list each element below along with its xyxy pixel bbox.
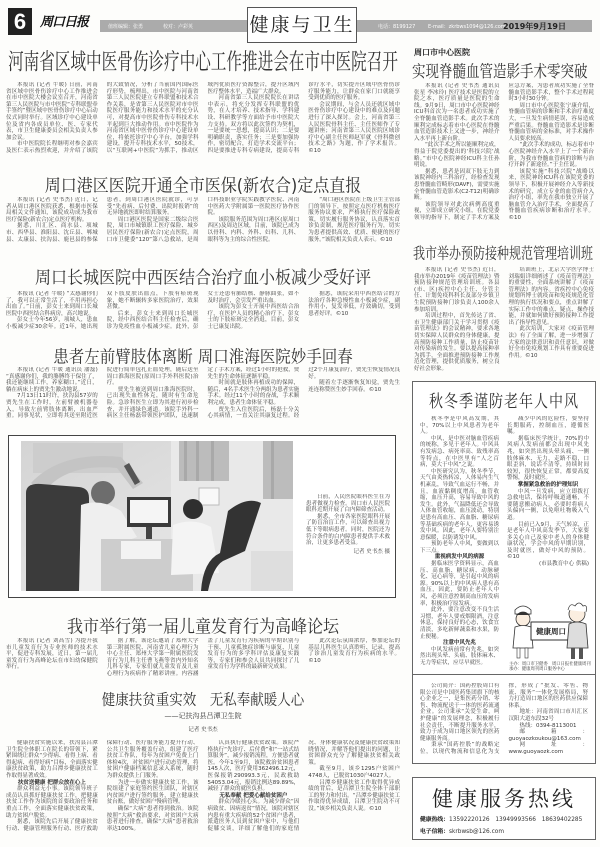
headline-text: 我市举行第一届儿童发育行为高峰论坛 (67, 613, 339, 638)
eye-exam-photo-illustration (21, 441, 293, 591)
paragraph: 本报讯 (记者 刘高雪) 为提升我市儿童发育行为专业医师的技术水平，促进专科发展… (6, 638, 98, 671)
company-intro-text: 公司简介：国药控股周口有限公司是中国医药集团旗下的核心企业之一，是集医药分销、零… (420, 683, 588, 759)
paragraph: 周口市中心医院张宁康介绍，脊髓血管病的诊断和手术治疗难度大，一旦发生病情延误，容… (509, 103, 595, 143)
cartoon-caption-line2: 承办：健康周刊周口服务中心 (509, 667, 593, 672)
headline-text: 秋冬季谨防老年人中风 (429, 389, 579, 413)
headline-vaccine: 我市举办预防接种规范管理培训班 (411, 244, 595, 261)
article-kicker: 周口市中心医院 (414, 47, 470, 58)
hotline-phones-row: 健康热线：13592220126 13949993566 18639402285 (420, 814, 582, 823)
subheading: 掌握紧急救治的护理知识 (507, 482, 589, 489)
paragraph: 减少中风的危险性，要坚持长期服药，控制血压，遵循医嘱。 (507, 416, 589, 436)
paragraph: 确保“大病”患者得到救治。该院按照“大病”救治要求，对贫困户大病患者进行排查，确… (107, 806, 199, 832)
page-number: 6 (8, 8, 32, 35)
newspaper-page: 6 周口日报 值班编辑：张勇 校对：卢彩英 健康与卫生 电话：8199127 E… (0, 0, 600, 847)
paragraph: 据悉，患者是因双下肢无力到该院神经内三科治疗，经检查发现患脊髓血管畸形(DAVF… (414, 169, 500, 202)
headline-poverty: 健康扶贫重实效 无私奉献暖人心 (6, 688, 400, 708)
headline-text: 我市举办预防接种规范管理培训班 (413, 241, 593, 263)
paragraph: 中风，是中医对脑血管疾病的统称，多见于老年人。中风具有发病急、病死率高、致残率高… (420, 436, 499, 469)
paragraph: 截至9月，该乡1295户贫困户4748人，已脱贫1030户4027人。 (308, 766, 400, 779)
headline-text: 实现脊髓血管造影手术零突破 (412, 58, 588, 82)
headline-stroke: 秋冬季谨防老年人中风 (413, 391, 595, 411)
subheading: 注意中风先兆 (420, 640, 499, 647)
paragraph: 此外，要注意改变不良生活习惯，老年人要戒烟限酒，注意休息，保持良好的心态，饮食宜… (420, 607, 499, 640)
paragraph: 培训班上，北京大学医学博士刘瑞娟详细阐述了《疫苗管理法》的重要性，全面系统讲解了… (509, 267, 595, 326)
headline-text: 健康扶贫重实效 无私奉献暖人心 (102, 687, 305, 709)
paragraph: 为进一步做实健康扶贫工作，该院组建了家庭签约医生团队，对辖区内贫困户进行签约服务… (107, 780, 199, 806)
company-intro-box: 公司简介：国药控股周口有限公司是中国医药集团旗下的核心企业之一，是集医药分销、零… (412, 674, 596, 764)
article-source: (市县教育中心 供稿) (507, 561, 589, 568)
health-hotline-box: 健康服务热线 健康热线：13592220126 13949993566 1863… (412, 777, 596, 840)
paragraph: 秋冬季是中风高发期，其中，70%以上中风患者为老年人。 (420, 416, 499, 436)
cartoon-sign-text: 健康周口 (535, 626, 566, 636)
article-body-changcheng: 本报讯 (记者 牛暖) “太感谢你们了，我可以正常生活了，不用再担心出血了。”日… (6, 291, 400, 333)
stroke-article-box: 秋冬季谨防老年人中风 秋冬季是中风高发期，其中，70%以上中风患者为老年人。 中… (412, 381, 596, 676)
stroke-column-2: 减少中风的危险性，要坚持长期服药，控制血压，遵循医嘱。 据临床医学统计，70%的… (507, 416, 589, 596)
paragraph: 随着左手逐渐恢复知觉，贾先生连连称赞医生妙手回春。©10 (308, 380, 400, 393)
article-byline: 记者 史书杰 (6, 725, 400, 733)
headline-bone-center: 河南省区域中医骨伤诊疗中心工作推进会在市中医院召开 (4, 50, 402, 72)
article-body-port-hospital: 本报讯 (记者 史书杰) 近日，记者从周口港区医院获悉，根据市医保局相关文件通知… (6, 197, 400, 257)
paragraph: 中风一旦发病，应立即拨打急救电话，保持呼吸道通畅，不要随意搬动病人，必要时将病人… (507, 489, 589, 522)
paragraph: 该院实施“科技兴院”战略以来，医院神经ICU科在该院党委的领导下，积极开展神经介… (509, 169, 595, 222)
paragraph: 该院为彭女士开展中西医结合治疗，在医护人员的精心治疗下，彭女士的下肢瘀斑完全消退… (208, 304, 300, 330)
paragraph: 此次论坛氛围浓厚，参加论坛的基层儿科医生认真聆听、记录，提高了诊治儿童发育行为疾… (308, 638, 400, 664)
paragraph: 据悉，该院采用中西医结合的方法治疗各种急慢性血小板减少症，副作用小，复发率低，疗… (308, 291, 400, 317)
paragraph: “此次手术之所以能顺利完成，得益于院党委提出的‘科技兴院’战略。”市中心医院神经… (414, 142, 500, 168)
paragraph: 会议期间，与会人员还就区域中医骨伤诊疗中心建设中的难点及问题进行了深入探讨。会上… (308, 102, 400, 155)
headline-text: 周口港区医院开通全市医保(新农合)定点直报 (45, 172, 362, 197)
photo-caption: 日前，人民医院眼科医生在为患者做视力检查。周口市人民医院眼科近期开展了白内障筛查… (306, 494, 390, 555)
photo-news-box: 日前，人民医院眼科医生在为患者做视力检查。周口市人民医院眼科近期开展了白内障筛查… (8, 435, 396, 598)
article-subtitle: ——记扶沟县吕潭卫生院 (6, 711, 400, 721)
proofreader-credit: 校对：卢彩英 (163, 23, 193, 30)
hotline-title: 健康服务热线 (413, 783, 595, 813)
hotline-email: skrbwsb@126.com (449, 829, 504, 835)
article-body-vaccine: 本报讯 (记者 史书杰) 近日，我市举办2019年《疫苗管理法》暨预防接种规范管… (414, 267, 594, 373)
headline-port-hospital: 周口港区医院开通全市医保(新农合)定点直报 (6, 173, 400, 196)
photo-credit: 记者 史书杰 摄 (306, 549, 390, 556)
paragraph: 吕潭乡健康扶贫工作取得优异成绩的背后，是吕潭卫生院全体干部职工的努力和付出。“吕… (308, 780, 400, 813)
article-body-poverty: 健康扶贫实施以来，扶沟县吕潭卫生院全体职工在院长的带领下，紧紧围绕让群众“少得病… (6, 740, 400, 847)
company-website: 网址：www.guoyaozk.com (509, 742, 589, 755)
paragraph: 中风发病前常有先兆，如突然出现头晕、头痛、肢体麻木、无力等症状，应尽早就医。 (420, 647, 499, 667)
editor-credit: 值班编辑：张勇 (108, 23, 143, 30)
health-zhoukou-cartoon: 健康周口 (509, 600, 591, 662)
paragraph: 据临床医学资料显示，高血压、高血脂、糖尿病、动脉硬化、冠心病等，是引起中风的病源… (420, 561, 499, 607)
company-address: 地址：河南省周口市川汇区汉阳大道东段32号 (509, 709, 589, 722)
paragraph: 本报讯 (记者 史书杰) 近日，记者从周口港区医院获悉，根据市医保局相关文件通知… (6, 197, 98, 223)
paragraph: 时间就是肢体再植成功的保障，随后，4名手术医生分两组为患者实施手术。经过11个小… (208, 380, 300, 406)
paragraph: 本报讯 (记者 史书杰 通讯员 张星 李冰玲) 医疗技术是医院的立院之本，医疗质… (414, 83, 500, 142)
headline-spinal: 实现脊髓血管造影手术零突破 (412, 60, 594, 80)
hotline-phone-numbers: 13592220126 13949993566 18639402285 (449, 817, 582, 823)
paragraph: 公司简介：国药控股周口有限公司是中国医药集团旗下的核心企业之一，是集医药分销、零… (420, 683, 500, 742)
paragraph: 该院服务范围为周口港区(原周口西区)及周边区域，目前，该院已成为以骨科、内科、外… (208, 217, 300, 243)
paragraph: 此次培训，大家对《疫苗管理法》有了全面了解，进一步增强了大家的法律意识和责任意识… (509, 326, 595, 359)
news-photo (21, 441, 293, 591)
paragraph: “此次手术的成功，标志着市中心医院神经介入水平上了一个新台阶，为我市脊髓血管病的… (509, 142, 595, 168)
headline-huaihai: 患者左前臂肢体离断 周口淮海医院妙手回春 (6, 345, 400, 367)
paragraph: 中医研究认为，秋冬季节，天气由炎热转凉，人体易内生气机紊乱，导致气血运行不畅，并… (420, 469, 499, 542)
headline-changcheng: 周口长城医院中西医结合治疗血小板减少受好评 (6, 265, 400, 288)
paragraph: 目前已入9月，天气转凉，正是老年人中风高发季节，大家要多关心自己及家中老人的身体… (507, 522, 589, 562)
paragraph: 群众利益无小事。该院领导班子成员认真抓好健康扶贫工作，把健康扶贫工作作为该院的首… (6, 786, 98, 819)
cartoon-illustration: 健康周口 (509, 600, 591, 662)
article-body-spinal: 本报讯 (记者 史书杰 通讯员 张星 李冰玲) 医疗技术是医院的立院之本，医疗质… (414, 83, 594, 229)
article-body-bone-center: 本报讯 (记者 牛暖) 日前，河南省区域中医骨伤诊疗中心工作推进会在市中医院大楼… (6, 82, 400, 168)
headline-text: 河南省区域中医骨伤诊疗中心工作推进会在市中医院召开 (8, 45, 398, 77)
paragraph: 认真执行健康扶贫政策。该院严格执行“先诊疗、后付费”和“一站式结算服务”，减少报… (208, 740, 300, 793)
paragraph: 本报讯 (记者 牛暖 通讯员 潘磊) “真感谢你们，我的胳膊终于保住了，我还能继… (6, 367, 98, 393)
header-phone: 电话：8199127 (378, 23, 415, 30)
header-email: E-mail：zkrbws1094@126.com (428, 23, 506, 30)
headline-text: 患者左前臂肢体离断 周口淮海医院妙手回春 (53, 344, 352, 368)
paragraph: “周口港区医院在上级卫生主管部门的领导下，按照定点医疗机构医疗服务协议要求，严格… (308, 197, 400, 243)
hotline-phone-label: 健康热线： (420, 817, 449, 823)
company-email: 邮箱：guoyaozkoukou@163.com (509, 729, 589, 742)
newspaper-logo: 周口日报 (40, 11, 88, 30)
paragraph: 培训过程中，首先传达了省、市卫生健康部门关于学习贯彻《疫苗管理法》的会议精神，要… (414, 313, 500, 372)
caption-paragraph: 据悉，全市各家医院眼科开展了防盲治盲工作，可以筛查出视力低下等眼病患者。同时，医… (306, 514, 390, 547)
paragraph: 本报讯 (记者 史书杰) 近日，我市举办2019年《疫苗管理法》暨预防接种规范管… (414, 267, 500, 313)
stroke-column-1: 秋冬季是中风高发期，其中，70%以上中风患者为老年人。 中风，是中医对脑血管疾病… (420, 416, 499, 672)
paragraph: 据临床医学统计，70%的中风病人发病前都会出现中风先兆，如突然出现头晕头痛、一侧… (507, 436, 589, 482)
article-body-huaihai: 本报讯 (记者 牛暖 通讯员 潘磊) “真感谢你们，我的胳膊终于保住了，我还能继… (6, 367, 400, 425)
paragraph: 预防老年人中风，要做到以下三点。 (420, 541, 499, 554)
paragraph: 据了解，该论坛邀请了郑州大学第三附属医院、河南省儿童心理行为中心主任、郑州大学第… (107, 638, 300, 678)
paragraph: 本报讯 (记者 牛暖) 日前，河南省区域中医骨伤诊疗中心工作推进会在市中医院大楼… (6, 82, 98, 141)
headline-child-forum: 我市举行第一届儿童发育行为高峰论坛 (6, 614, 400, 637)
paragraph: 本报讯 (记者 牛暖) “太感谢你们了，我可以正常生活了，不用再担心出血了。”日… (6, 291, 98, 317)
cartoon-caption: 主办：周口市卫健委 周口日报社健康周刊 承办：健康周刊周口服务中心 (509, 662, 593, 672)
paragraph: 健康扶贫实施以来，扶沟县吕潭卫生院全体职工在院长的带领下，紧紧围绕让群众“少得病… (6, 740, 98, 780)
hotline-email-label: 电子信箱： (420, 829, 449, 835)
section-title: 健康与卫生 (247, 7, 357, 43)
hotline-email-row: 电子信箱：skrbwsb@126.com (420, 826, 504, 835)
article-body-child-forum: 本报讯 (记者 刘高雪) 为提升我市儿童发育行为专业医师的技术水平，促进专科发展… (6, 638, 400, 682)
headline-text: 周口长城医院中西医结合治疗血小板减少受好评 (35, 264, 371, 289)
issue-date: 2019年9月19日 (503, 21, 566, 32)
caption-paragraph: 日前，人民医院眼科医生在为患者做视力检查。周口市人民医院眼科近期开展了白内障筛查… (306, 494, 390, 514)
